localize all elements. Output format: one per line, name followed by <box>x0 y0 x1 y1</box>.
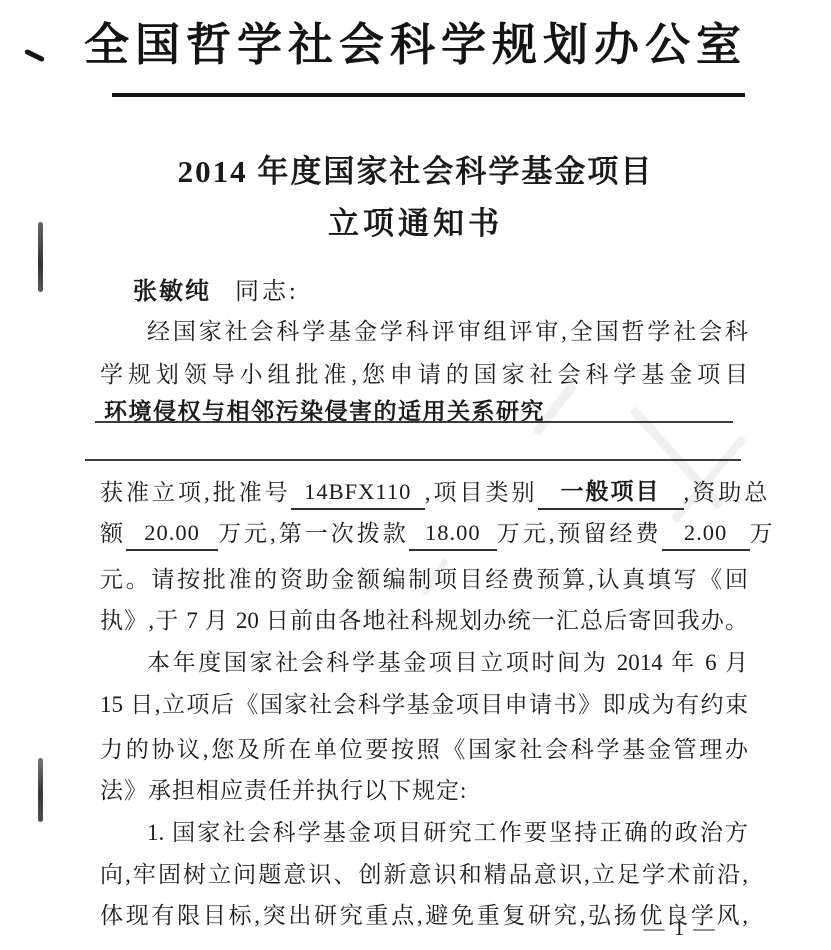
letterhead-rule <box>112 93 745 97</box>
amount-label: 额 <box>100 519 126 549</box>
body-line: 向,牢固树立问题意识、创新意识和精品意识,立足学术前沿, <box>100 860 748 890</box>
intro-line-1: 经国家社会科学基金学科评审组评审,全国哲学社会科 <box>100 317 748 347</box>
body-line: 本年度国家社会科学基金项目立项时间为 2014 年 6 月 <box>100 648 748 678</box>
reserved-fund-label: 万元,预留经费 <box>497 519 662 549</box>
body-line: 15 日,立项后《国家社会科学基金项目申请书》即成为有约束 <box>100 690 748 720</box>
category-value: 一般项目 <box>561 479 661 505</box>
body-line: 元。请按批准的资助金额编制项目经费预算,认真填写《回 <box>100 565 748 595</box>
doc-title-line2: 立项通知书 <box>0 198 831 243</box>
approval-number-value: 14BFX110 <box>304 479 411 505</box>
reserved-fund-field: 2.00 <box>662 523 750 551</box>
page-number: — 1 — <box>635 916 725 941</box>
approval-row-1: 获准立项,批准号 14BFX110 ,项目类别 一般项目 ,资助总 <box>100 478 748 508</box>
unit-suffix-label: 万 <box>750 519 776 549</box>
approval-number-field: 14BFX110 <box>291 482 425 510</box>
body-line: 法》承担相应责任并执行以下规定: <box>100 776 748 806</box>
body-line: 1. 国家社会科学基金项目研究工作要坚持正确的政治方 <box>100 818 748 848</box>
doc-title-line1: 2014 年度国家社会科学基金项目 <box>0 146 831 191</box>
category-label: ,项目类别 <box>425 478 538 508</box>
category-field: 一般项目 <box>538 482 684 510</box>
project-title-underline-2 <box>85 459 741 461</box>
recipient-line: 张敏纯同志: <box>133 271 299 306</box>
first-payment-value: 18.00 <box>425 520 481 546</box>
approval-row-2: 额 20.00 万元,第一次拨款 18.00 万元,预留经费 2.00 万 <box>100 519 748 549</box>
funding-prefix-label: ,资助总 <box>684 478 771 508</box>
first-payment-field: 18.00 <box>409 523 497 551</box>
project-title-underline <box>95 421 733 423</box>
letterhead-office-name: 全国哲学社会科学规划办公室 <box>0 8 831 73</box>
intro-line-2: 学规划领导小组批准,您申请的国家社会科学基金项目 <box>100 360 748 390</box>
reserved-fund-value: 2.00 <box>684 520 727 546</box>
total-amount-field: 20.00 <box>126 523 218 551</box>
approval-prefix-label: 获准立项,批准号 <box>100 478 291 508</box>
recipient-name: 张敏纯 <box>133 279 211 305</box>
body-line: 执》,于 7 月 20 日前由各地社科规划办统一汇总后寄回我办。 <box>100 606 748 636</box>
recipient-salutation: 同志: <box>235 279 299 305</box>
total-amount-value: 20.00 <box>144 520 200 546</box>
body-line: 力的协议,您及所在单位要按照《国家社会科学基金管理办 <box>100 735 748 765</box>
first-payment-label: 万元,第一次拨款 <box>218 519 409 549</box>
binding-mark-bottom <box>38 758 43 822</box>
document-page: 全国哲学社会科学规划办公室 2014 年度国家社会科学基金项目 立项通知书 张敏… <box>0 0 831 950</box>
